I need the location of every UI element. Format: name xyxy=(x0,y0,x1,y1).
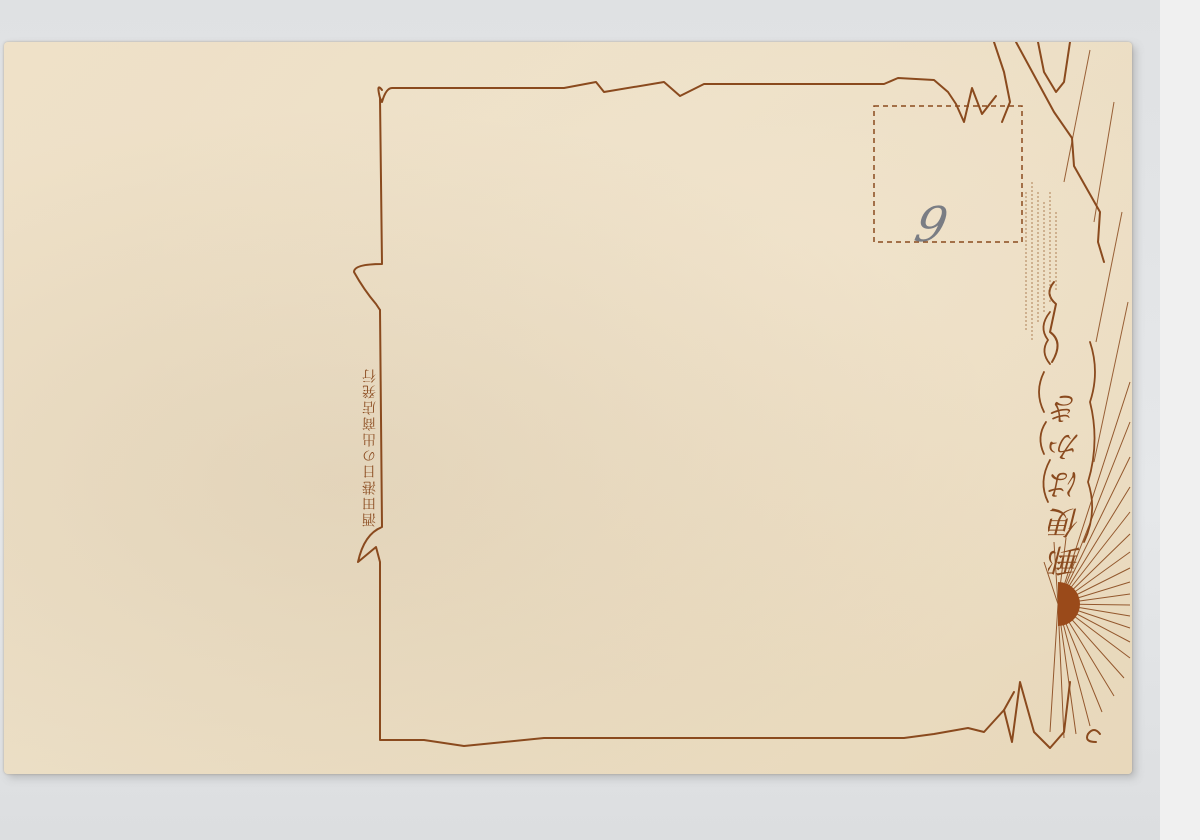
postcard: 酒田港日の出商店発行 9 郵便はかき xyxy=(4,42,1132,774)
postcard-title: 郵便はかき xyxy=(1044,387,1088,577)
decoration-lines xyxy=(1026,182,1056,342)
publisher-imprint: 酒田港日の出商店発行 xyxy=(360,367,382,527)
postcard-illustration xyxy=(4,42,1132,774)
stamp-box xyxy=(874,106,1022,242)
scan-margin xyxy=(1160,0,1200,840)
frame-border xyxy=(354,42,1104,748)
